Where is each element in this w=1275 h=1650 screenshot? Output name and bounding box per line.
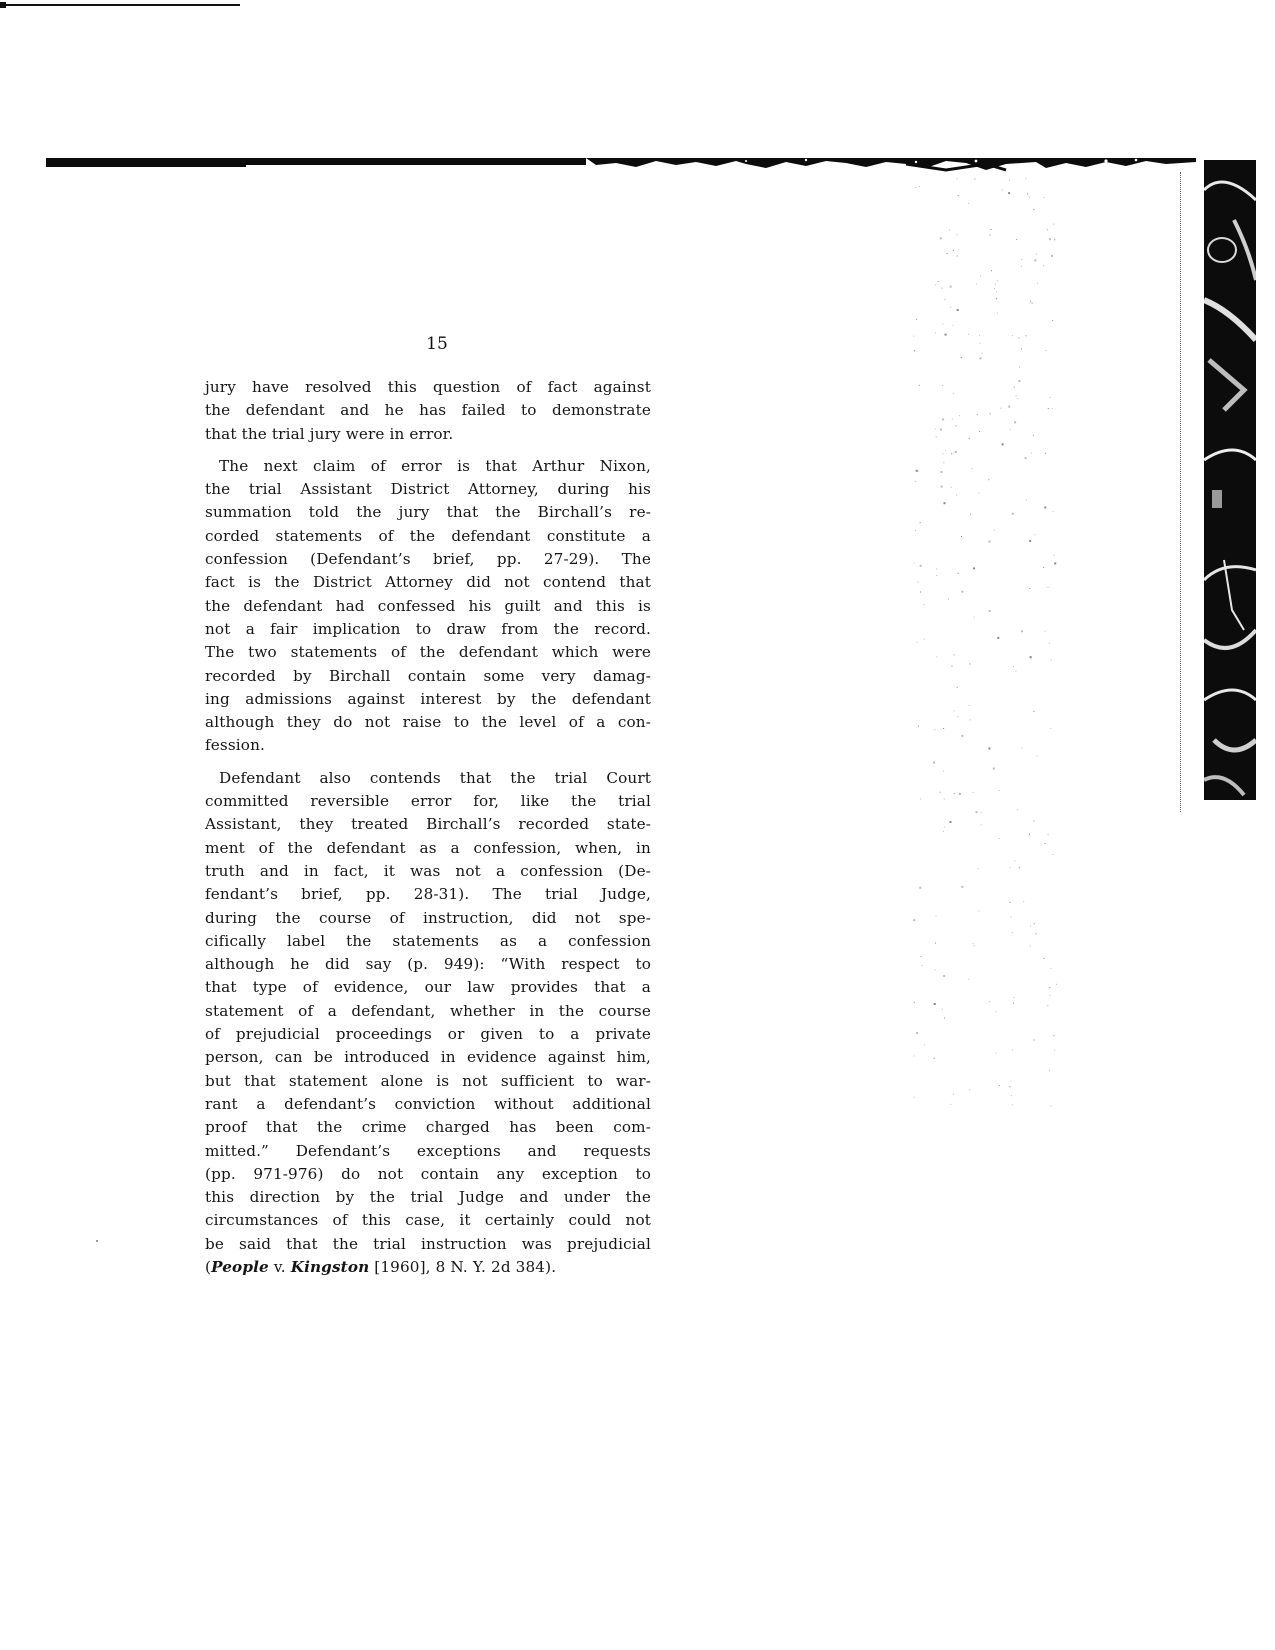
text-line: fendant’s brief, pp. 28-31). The trial J… xyxy=(205,883,651,906)
text-line: of prejudicial proceedings or given to a… xyxy=(205,1023,651,1046)
scan-edge-mark xyxy=(0,2,6,8)
text-line: not a fair implication to draw from the … xyxy=(205,618,651,641)
text-line: this direction by the trial Judge and un… xyxy=(205,1186,651,1209)
text-line: jury have resolved this question of fact… xyxy=(205,376,651,399)
body-text-column: jury have resolved this question of fact… xyxy=(205,376,651,1279)
text-line: statement of a defendant, whether in the… xyxy=(205,1000,651,1023)
scanned-top-border-bar xyxy=(46,158,1196,170)
scan-edge-line xyxy=(0,4,240,6)
text-line: the trial Assistant District Attorney, d… xyxy=(205,478,651,501)
scan-stray-mark xyxy=(96,1240,98,1242)
scan-fold-line xyxy=(1180,172,1181,812)
text-line: fact is the District Attorney did not co… xyxy=(205,571,651,594)
text-line: although he did say (p. 949): “With resp… xyxy=(205,953,651,976)
text-line: summation told the jury that the Birchal… xyxy=(205,501,651,524)
text-line: proof that the crime charged has been co… xyxy=(205,1116,651,1139)
text-line: cifically label the statements as a conf… xyxy=(205,930,651,953)
text-line: rant a defendant’s conviction without ad… xyxy=(205,1093,651,1116)
text-line: committed reversible error for, like the… xyxy=(205,790,651,813)
text-line: although they do not raise to the level … xyxy=(205,711,651,734)
text-line: (pp. 971-976) do not contain any excepti… xyxy=(205,1163,651,1186)
text-line: recorded by Birchall contain some very d… xyxy=(205,665,651,688)
scan-noise-speckles xyxy=(900,175,1080,1135)
text-line: The next claim of error is that Arthur N… xyxy=(205,455,651,478)
case-party-defendant: Kingston xyxy=(291,1258,370,1276)
text-line: Assistant, they treated Birchall’s recor… xyxy=(205,813,651,836)
text-line: corded statements of the defendant const… xyxy=(205,525,651,548)
paragraph-jury-resolved: jury have resolved this question of fact… xyxy=(205,376,651,446)
case-citation: (People v. Kingston [1960], 8 N. Y. 2d 3… xyxy=(205,1256,651,1279)
text-line: that type of evidence, our law provides … xyxy=(205,976,651,999)
case-party-plaintiff: People xyxy=(211,1258,269,1276)
text-line: ing admissions against interest by the d… xyxy=(205,688,651,711)
text-line: person, can be introduced in evidence ag… xyxy=(205,1046,651,1069)
text-line: the defendant had confessed his guilt an… xyxy=(205,595,651,618)
text-line: that the trial jury were in error. xyxy=(205,423,651,446)
text-line: The two statements of the defendant whic… xyxy=(205,641,651,664)
paragraph-summation-claim: The next claim of error is that Arthur N… xyxy=(205,455,651,758)
marbled-endpaper-strip xyxy=(1204,160,1256,800)
text-line: circumstances of this case, it certainly… xyxy=(205,1209,651,1232)
text-line: but that statement alone is not sufficie… xyxy=(205,1070,651,1093)
text-line: truth and in fact, it was not a confessi… xyxy=(205,860,651,883)
text-line: Defendant also contends that the trial C… xyxy=(205,767,651,790)
text-line: the defendant and he has failed to demon… xyxy=(205,399,651,422)
text-line: during the course of instruction, did no… xyxy=(205,907,651,930)
text-line: confession (Defendant’s brief, pp. 27-29… xyxy=(205,548,651,571)
text-line: mitted.” Defendant’s exceptions and requ… xyxy=(205,1140,651,1163)
paragraph-trial-court-instruction: Defendant also contends that the trial C… xyxy=(205,767,651,1280)
text-line: fession. xyxy=(205,734,651,757)
page-number: 15 xyxy=(387,334,487,354)
text-line: be said that the trial instruction was p… xyxy=(205,1233,651,1256)
text-line: ment of the defendant as a confession, w… xyxy=(205,837,651,860)
